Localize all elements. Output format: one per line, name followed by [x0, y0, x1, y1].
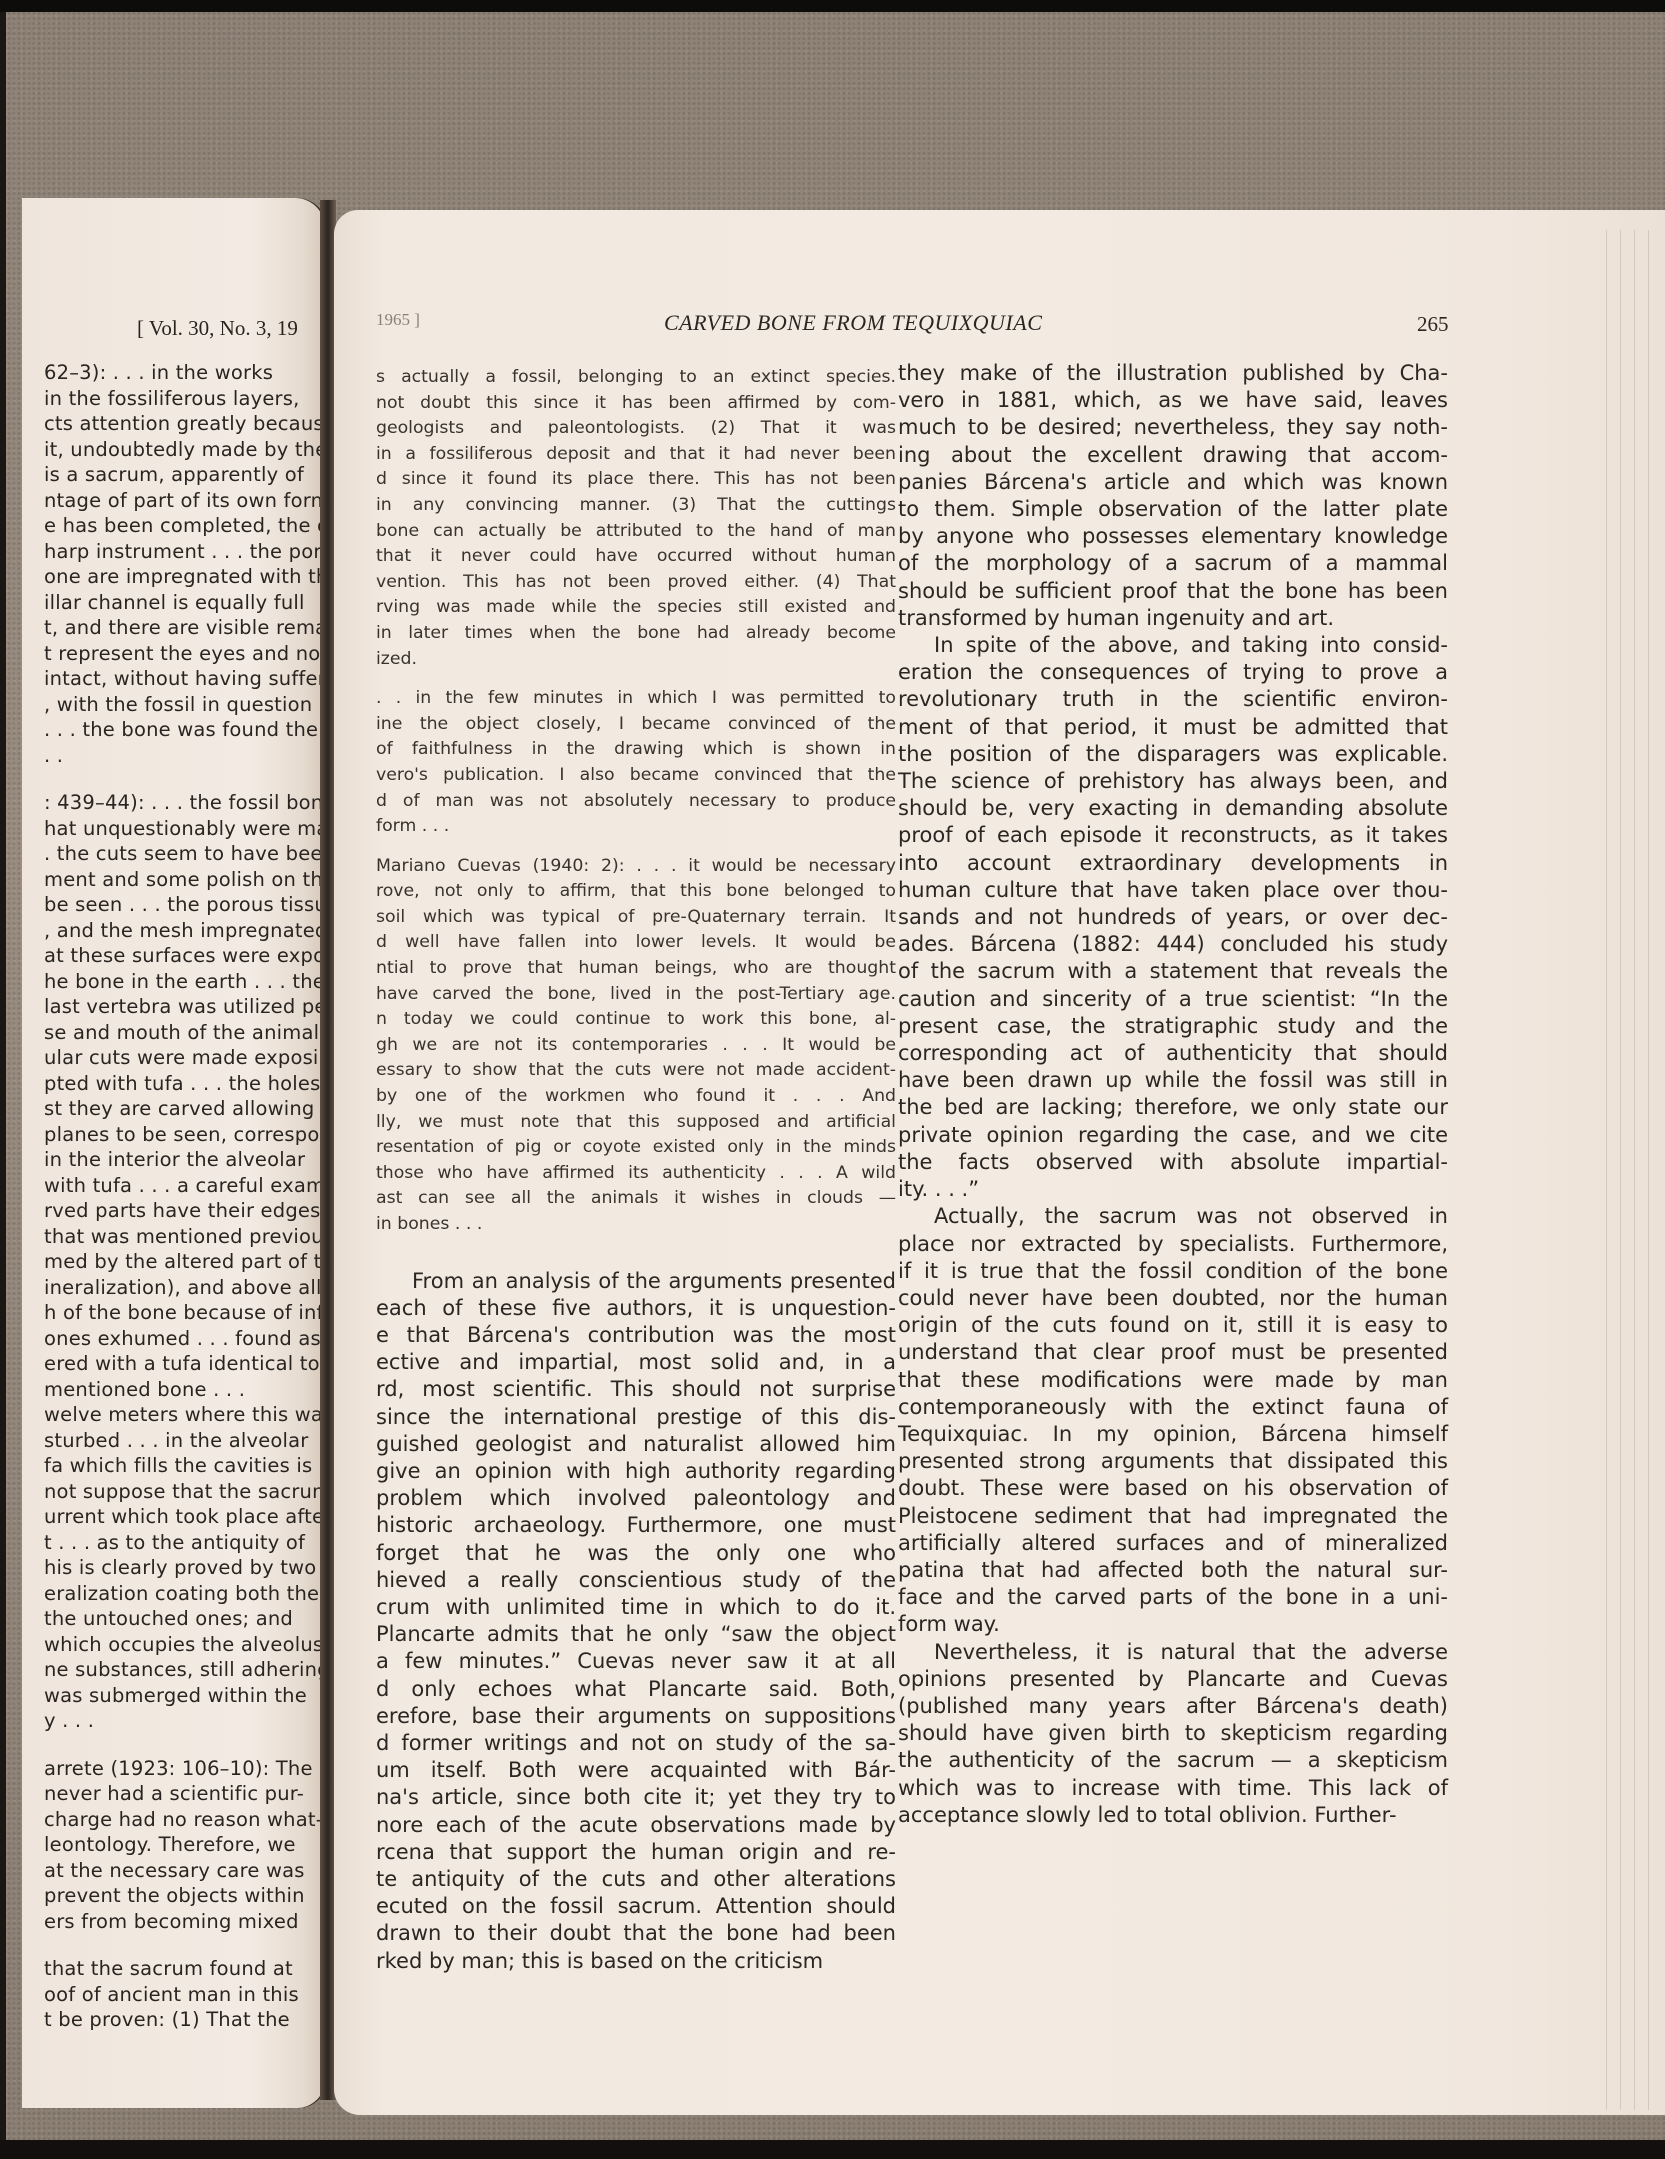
text-line: rved parts have their edges	[44, 1198, 327, 1224]
text-line: of the morphology of a sacrum of a mamma…	[898, 550, 1448, 577]
page-number: 265	[1417, 312, 1449, 337]
text-line: ades. Bárcena (1882: 444) concluded his …	[898, 931, 1448, 958]
text-line: soil which was typical of pre-Quaternary…	[376, 905, 896, 931]
text-line: ment of that period, it must be admitted…	[898, 714, 1448, 741]
text-line: each of these five authors, it is unques…	[376, 1295, 896, 1322]
text-line: corresponding act of authenticity that s…	[898, 1040, 1448, 1067]
text-line: never had a scientific pur-	[44, 1781, 327, 1807]
text-line: ment and some polish on the	[44, 867, 327, 893]
text-line: 62–3): . . . in the works	[44, 360, 327, 386]
text-line: rcena that support the human origin and …	[376, 1839, 896, 1866]
text-line: s actually a fossil, belonging to an ext…	[376, 365, 896, 391]
text-line: place nor extracted by specialists. Furt…	[898, 1231, 1448, 1258]
text-line: guished geologist and naturalist allowed…	[376, 1431, 896, 1458]
left-running-head: [ Vol. 30, No. 3, 19	[137, 316, 298, 341]
text-line: vention. This has not been proved either…	[376, 570, 896, 596]
text-line: . . in the few minutes in which I was pe…	[376, 686, 896, 712]
text-line: in the fossiliferous layers,	[44, 386, 327, 412]
text-line: in bones . . .	[376, 1212, 896, 1238]
text-line: essary to show that the cuts were not ma…	[376, 1058, 896, 1084]
text-line: the untouched ones; and	[44, 1606, 327, 1632]
text-line: ones exhumed . . . found as	[44, 1326, 327, 1352]
text-line: contemporaneously with the extinct fauna…	[898, 1394, 1448, 1421]
paragraph: Actually, the sacrum was not observed in…	[898, 1203, 1448, 1638]
text-line: y . . .	[44, 1708, 327, 1734]
block-quote-1: s actually a fossil, belonging to an ext…	[376, 365, 896, 672]
text-line: not suppose that the sacrum	[44, 1479, 327, 1505]
text-line: The science of prehistory has always bee…	[898, 768, 1448, 795]
text-line: ntial to prove that human beings, who ar…	[376, 956, 896, 982]
text-line: hieved a really conscientious study of t…	[376, 1567, 896, 1594]
text-line: artificially altered surfaces and of min…	[898, 1530, 1448, 1557]
text-line: gh we are not its contemporaries . . . I…	[376, 1033, 896, 1059]
text-line: (published many years after Bárcena's de…	[898, 1693, 1448, 1720]
text-line: Pleistocene sediment that had impregnate…	[898, 1503, 1448, 1530]
text-line: lly, we must note that this supposed and…	[376, 1110, 896, 1136]
text-line: d former writings and not on study of th…	[376, 1730, 896, 1757]
text-line: opinions presented by Plancarte and Cuev…	[898, 1666, 1448, 1693]
paragraph-gap	[44, 1734, 327, 1756]
scan-edge-bottom	[0, 2140, 1665, 2159]
text-line: med by the altered part of the	[44, 1249, 327, 1275]
text-line: , with the fossil in question	[44, 692, 327, 718]
text-line: be seen . . . the porous tissue	[44, 892, 327, 918]
text-line: should have given birth to skepticism re…	[898, 1720, 1448, 1747]
paragraph-gap	[44, 1934, 327, 1956]
left-page: [ Vol. 30, No. 3, 19 62–3): . . . in the…	[22, 198, 327, 2108]
text-line: those who have affirmed its authenticity…	[376, 1161, 896, 1187]
text-line: ered with a tufa identical to	[44, 1351, 327, 1377]
text-line: transformed by human ingenuity and art.	[898, 605, 1448, 632]
text-line: fa which fills the cavities is	[44, 1453, 327, 1479]
text-line: e has been completed, the cu	[44, 513, 327, 539]
text-line: give an opinion with high authority rega…	[376, 1458, 896, 1485]
text-line: which was to increase with time. This la…	[898, 1775, 1448, 1802]
scan-edge-top	[0, 0, 1665, 12]
text-line: h of the bone because of infil-	[44, 1300, 327, 1326]
text-column-right: they make of the illustration published …	[898, 360, 1448, 1829]
text-line: should be, very exacting in demanding ab…	[898, 795, 1448, 822]
text-line: ine the object closely, I became convinc…	[376, 712, 896, 738]
block-quote-plancarte: . . in the few minutes in which I was pe…	[376, 686, 896, 840]
text-line: private opinion regarding the case, and …	[898, 1122, 1448, 1149]
text-line: problem which involved paleontology and	[376, 1485, 896, 1512]
text-line: in any convincing manner. (3) That the c…	[376, 493, 896, 519]
text-line: eralization coating both the	[44, 1581, 327, 1607]
body-paragraph-analysis: From an analysis of the arguments presen…	[376, 1268, 896, 1975]
paragraph-gap	[44, 768, 327, 790]
text-line: leontology. Therefore, we	[44, 1832, 327, 1858]
running-title: CARVED BONE FROM TEQUIXQUIAC	[664, 310, 1042, 336]
text-line: drawn to their doubt that the bone had b…	[376, 1920, 896, 1947]
text-line: From an analysis of the arguments presen…	[376, 1268, 896, 1295]
text-line: present case, the stratigraphic study an…	[898, 1013, 1448, 1040]
text-line: geologists and paleontologists. (2) That…	[376, 416, 896, 442]
text-line: in later times when the bone had already…	[376, 621, 896, 647]
text-line: is a sacrum, apparently of	[44, 462, 327, 488]
text-line: Mariano Cuevas (1940: 2): . . . it would…	[376, 854, 896, 880]
text-line: was submerged within the	[44, 1683, 327, 1709]
text-line: form way.	[898, 1611, 1448, 1638]
text-line: doubt. These were based on his observati…	[898, 1475, 1448, 1502]
text-line: vero in 1881, which, as we have said, le…	[898, 387, 1448, 414]
text-line: t be proven: (1) That the	[44, 2007, 327, 2033]
text-line: his is clearly proved by two	[44, 1555, 327, 1581]
text-line: nore each of the acute observations made…	[376, 1812, 896, 1839]
text-line: cts attention greatly because	[44, 411, 327, 437]
text-line: it, undoubtedly made by the	[44, 437, 327, 463]
text-line: erefore, base their arguments on supposi…	[376, 1703, 896, 1730]
text-line: a few minutes.” Cuevas never saw it at a…	[376, 1648, 896, 1675]
text-line: not doubt this since it has been affirme…	[376, 391, 896, 417]
text-line: t, and there are visible remain	[44, 615, 327, 641]
text-line: d only echoes what Plancarte said. Both,	[376, 1676, 896, 1703]
text-line: historic archaeology. Furthermore, one m…	[376, 1512, 896, 1539]
text-line: since the international prestige of this…	[376, 1404, 896, 1431]
text-line: mentioned bone . . .	[44, 1377, 327, 1403]
text-line: that these modifications were made by ma…	[898, 1367, 1448, 1394]
left-page-text-column: 62–3): . . . in the worksin the fossilif…	[44, 360, 327, 2033]
text-line: if it is true that the fossil condition …	[898, 1258, 1448, 1285]
text-line: at the necessary care was	[44, 1858, 327, 1884]
text-line: Actually, the sacrum was not observed in	[898, 1203, 1448, 1230]
text-line: the position of the disparagers was expl…	[898, 741, 1448, 768]
text-line: origin of the cuts found on it, still it…	[898, 1312, 1448, 1339]
text-line: human culture that have taken place over…	[898, 877, 1448, 904]
text-line: rving was made while the species still e…	[376, 595, 896, 621]
text-line: the authenticity of the sacrum — a skept…	[898, 1747, 1448, 1774]
text-line: rd, most scientific. This should not sur…	[376, 1376, 896, 1403]
text-line: ntage of part of its own form	[44, 488, 327, 514]
text-line: Nevertheless, it is natural that the adv…	[898, 1639, 1448, 1666]
text-line: they make of the illustration published …	[898, 360, 1448, 387]
text-line: hat unquestionably were made	[44, 816, 327, 842]
body-paragraphs-right: they make of the illustration published …	[898, 360, 1448, 1829]
text-line: . . . the bone was found there	[44, 717, 327, 743]
right-page: 1965 ] CARVED BONE FROM TEQUIXQUIAC 265 …	[334, 210, 1665, 2115]
text-line: by anyone who possesses elementary knowl…	[898, 523, 1448, 550]
text-line: rove, not only to affirm, that this bone…	[376, 879, 896, 905]
text-line: ineralization), and above all,	[44, 1275, 327, 1301]
text-line: that it never could have occurred withou…	[376, 544, 896, 570]
text-line: In spite of the above, and taking into c…	[898, 632, 1448, 659]
text-line: ing about the excellent drawing that acc…	[898, 442, 1448, 469]
text-line: of faithfulness in the drawing which is …	[376, 737, 896, 763]
text-line: understand that clear proof must be pres…	[898, 1339, 1448, 1366]
page-stack-edge	[1598, 230, 1658, 2110]
text-line: have been drawn up while the fossil was …	[898, 1067, 1448, 1094]
text-line: illar channel is equally full	[44, 590, 327, 616]
text-line: bone can actually be attributed to the h…	[376, 519, 896, 545]
text-line: revolutionary truth in the scientific en…	[898, 686, 1448, 713]
text-line: se and mouth of the animal	[44, 1020, 327, 1046]
text-line: ity. . . .”	[898, 1176, 1448, 1203]
text-line: face and the carved parts of the bone in…	[898, 1584, 1448, 1611]
text-line: oof of ancient man in this	[44, 1982, 327, 2008]
text-line: ne substances, still adhering	[44, 1657, 327, 1683]
text-line: d well have fallen into lower levels. It…	[376, 930, 896, 956]
text-line: ecuted on the fossil sacrum. Attention s…	[376, 1893, 896, 1920]
text-line: sands and not hundreds of years, or over…	[898, 904, 1448, 931]
text-line: have carved the bone, lived in the post-…	[376, 982, 896, 1008]
text-line: te antiquity of the cuts and other alter…	[376, 1866, 896, 1893]
block-quote-cuevas: Mariano Cuevas (1940: 2): . . . it would…	[376, 854, 896, 1238]
text-line: the bed are lacking; therefore, we only …	[898, 1094, 1448, 1121]
text-line: planes to be seen, correspond-	[44, 1122, 327, 1148]
text-line: um itself. Both were acquainted with Bár…	[376, 1757, 896, 1784]
text-line: he bone in the earth . . . the	[44, 969, 327, 995]
text-line: acceptance slowly led to total oblivion.…	[898, 1802, 1448, 1829]
text-column-left: s actually a fossil, belonging to an ext…	[376, 365, 896, 1975]
text-line: to them. Simple observation of the latte…	[898, 496, 1448, 523]
text-line: forget that he was the only one who	[376, 1540, 896, 1567]
text-line: e that Bárcena's contribution was the mo…	[376, 1322, 896, 1349]
text-line: should be sufficient proof that the bone…	[898, 578, 1448, 605]
text-line: by one of the workmen who found it . . .…	[376, 1084, 896, 1110]
text-line: charge had no reason what-	[44, 1807, 327, 1833]
text-line: eration the consequences of trying to pr…	[898, 659, 1448, 686]
text-line: welve meters where this was	[44, 1402, 327, 1428]
text-line: arrete (1923: 106–10): The	[44, 1756, 327, 1782]
text-line: could never have been doubted, nor the h…	[898, 1285, 1448, 1312]
text-line: patina that had affected both the natura…	[898, 1557, 1448, 1584]
text-line: vero's publication. I also became convin…	[376, 763, 896, 789]
paragraph: they make of the illustration published …	[898, 360, 1448, 632]
text-line: at these surfaces were exposed	[44, 943, 327, 969]
text-line: last vertebra was utilized per	[44, 994, 327, 1020]
text-line: that the sacrum found at	[44, 1956, 327, 1982]
text-line: rked by man; this is based on the critic…	[376, 1948, 896, 1975]
text-line: t . . . as to the antiquity of	[44, 1530, 327, 1556]
text-line: Tequixquiac. In my opinion, Bárcena hims…	[898, 1421, 1448, 1448]
text-line: panies Bárcena's article and which was k…	[898, 469, 1448, 496]
text-line: prevent the objects within	[44, 1883, 327, 1909]
text-line: one are impregnated with the	[44, 564, 327, 590]
text-line: sturbed . . . in the alveolar	[44, 1428, 327, 1454]
text-line: crum with unlimited time in which to do …	[376, 1594, 896, 1621]
text-line: ast can see all the animals it wishes in…	[376, 1186, 896, 1212]
text-line: Plancarte admits that he only “saw the o…	[376, 1621, 896, 1648]
text-line: proof of each episode it reconstructs, a…	[898, 822, 1448, 849]
text-line: form . . .	[376, 814, 896, 840]
header-year-mark: 1965 ]	[376, 310, 420, 330]
text-line: st they are carved allowing	[44, 1096, 327, 1122]
text-line: , and the mesh impregnated	[44, 918, 327, 944]
text-line: : 439–44): . . . the fossil bone	[44, 790, 327, 816]
text-line: n today we could continue to work this b…	[376, 1007, 896, 1033]
text-line: presented strong arguments that dissipat…	[898, 1448, 1448, 1475]
text-line: that was mentioned previously	[44, 1224, 327, 1250]
text-line: pted with tufa . . . the holes	[44, 1071, 327, 1097]
text-line: of the sacrum with a statement that reve…	[898, 958, 1448, 985]
text-line: . .	[44, 743, 327, 769]
text-line: t represent the eyes and nose	[44, 641, 327, 667]
text-line: ers from becoming mixed	[44, 1909, 327, 1935]
text-line: harp instrument . . . the porou	[44, 539, 327, 565]
text-line: into account extraordinary developments …	[898, 850, 1448, 877]
text-line: much to be desired; nevertheless, they s…	[898, 414, 1448, 441]
text-line: in a fossiliferous deposit and that it h…	[376, 442, 896, 468]
text-line: in the interior the alveolar	[44, 1147, 327, 1173]
paragraph: Nevertheless, it is natural that the adv…	[898, 1639, 1448, 1829]
text-line: with tufa . . . a careful exami-	[44, 1173, 327, 1199]
text-line: d of man was not absolutely necessary to…	[376, 789, 896, 815]
text-line: the facts observed with absolute imparti…	[898, 1149, 1448, 1176]
text-line: ective and impartial, most solid and, in…	[376, 1349, 896, 1376]
text-line: na's article, since both cite it; yet th…	[376, 1784, 896, 1811]
text-line: ized.	[376, 647, 896, 673]
paragraph: In spite of the above, and taking into c…	[898, 632, 1448, 1203]
text-line: d since it found its place there. This h…	[376, 467, 896, 493]
text-line: caution and sincerity of a true scientis…	[898, 986, 1448, 1013]
text-line: intact, without having suffered	[44, 666, 327, 692]
running-header: 1965 ] CARVED BONE FROM TEQUIXQUIAC 265	[334, 310, 1464, 340]
text-line: ular cuts were made exposing	[44, 1045, 327, 1071]
text-line: resentation of pig or coyote existed onl…	[376, 1135, 896, 1161]
text-line: . the cuts seem to have been	[44, 841, 327, 867]
text-line: urrent which took place after	[44, 1504, 327, 1530]
text-line: which occupies the alveolus	[44, 1632, 327, 1658]
